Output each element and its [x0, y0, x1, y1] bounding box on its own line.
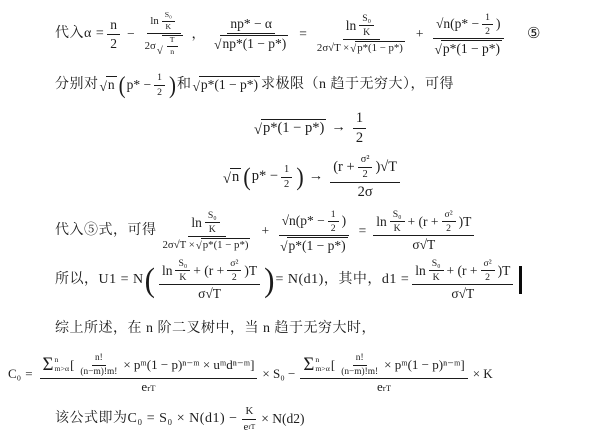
denominator: erT: [374, 379, 394, 395]
pstar-minus: p* −: [127, 77, 152, 93]
fraction-lnS0K-over-2sigma: ln S₀ K 2σ √ T n: [142, 11, 187, 57]
denominator: K: [176, 271, 189, 283]
close-T: )T: [459, 214, 472, 230]
equals-operator: =: [25, 366, 32, 382]
fraction-S0-over-K: S₀ K: [359, 13, 374, 38]
big-left-paren: (: [145, 265, 155, 294]
formula-line-C0-binomial: C₀ = Σ n m>α [ n! (n−m)!m! × pᵐ(1 − p)ⁿ⁻…: [8, 346, 495, 402]
sqrt-T-over-n: √ T n: [157, 35, 183, 57]
two-sigma-rootT: 2σ√T ×: [317, 42, 349, 54]
formula-line-black-scholes: 该公式即为C₀ = S₀ × N(d1) − K erT × N(d2): [55, 402, 304, 436]
numerator: ln S₀ K + (r + σ² 2 )T: [159, 258, 260, 285]
open-bracket: [: [70, 358, 74, 373]
times-K: × K: [473, 366, 493, 382]
numerator: K: [242, 405, 256, 419]
numerator: Σ n m>α [ n! (n−m)!m! × pᵐ(1 − p)ⁿ⁻ᵐ × u…: [40, 353, 258, 380]
sigma-symbol: Σ: [43, 356, 54, 375]
numerator: σ²: [442, 209, 456, 222]
sqrtn-open: √n(p* −: [282, 213, 325, 229]
big-right-paren: ): [296, 165, 303, 188]
numerator: S₀: [205, 210, 220, 223]
numerator: σ²: [358, 154, 373, 168]
denominator: (n−m)!m!: [77, 366, 120, 378]
fraction-d1-expression: ln S₀ K + (r + σ² 2 )T σ√T: [159, 258, 260, 302]
fraction-S0-over-K: S₀ K: [162, 11, 175, 32]
equation-number-5: ⑤: [527, 25, 540, 43]
fraction-r-sigma-rootT: (r + σ² 2 )√T 2σ: [330, 154, 400, 201]
sqrt-pstar-expr: √ p*(1 − p*): [196, 238, 251, 251]
times-S0-minus: × S₀ −: [262, 366, 295, 382]
ln-symbol: ln: [191, 215, 202, 231]
r-plus-open: (r +: [333, 159, 354, 176]
fraction-one-half: 1 2: [353, 110, 366, 146]
formula-line-limit-2: √ n ( p* − 1 2 ) → (r + σ² 2 )√T 2σ: [222, 152, 403, 202]
fraction-sigma2-over-2: σ² 2: [442, 209, 456, 234]
line2-pre-text: 分别对: [55, 77, 99, 94]
pstar-minus: p* −: [252, 168, 278, 185]
denominator: n: [167, 47, 177, 57]
big-right-paren: ): [264, 265, 274, 294]
denominator: 2: [443, 222, 454, 234]
denominator: 2: [154, 86, 165, 98]
denominator: 2: [482, 25, 493, 37]
fraction-lnS0K-over-2sigmaT: ln S₀ K 2σ√T × √ p*(1 − p*): [314, 13, 409, 55]
numerator: 1: [328, 209, 339, 222]
fraction-binomial-coefficient: n! (n−m)!m!: [77, 353, 120, 378]
fraction-np-minus-alpha: np* − α √ np*(1 − p*): [210, 16, 292, 51]
summation-operator: Σ n m>α: [43, 356, 70, 375]
probability-ud-tail: × pᵐ(1 − p)ⁿ⁻ᵐ × uᵐdⁿ⁻ᵐ]: [123, 358, 254, 373]
numerator: (r + σ² 2 )√T: [330, 154, 400, 183]
radicand: n: [106, 76, 117, 93]
fraction-T-over-n: T n: [167, 36, 178, 57]
fraction-sqrtn-term: √n(p* − 1 2 ) √ p*(1 − p*): [276, 209, 352, 254]
close-rootT: )√T: [375, 159, 397, 176]
big-left-paren: (: [243, 165, 250, 188]
sqrt-n: √ n: [223, 168, 241, 186]
numerator: 1: [353, 110, 366, 129]
radicand: T n: [162, 35, 183, 57]
line2-post-text: 求极限（n 趋于无穷大），可得: [261, 77, 454, 94]
fraction-K-over-erT: K erT: [241, 405, 259, 433]
line7-text: 综上所述，在 n 阶二叉树中，当 n 趋于无穷大时，: [55, 321, 376, 338]
numerator: Σ n m>α [ n! (n−m)!m! × pᵐ(1 − p)ⁿ⁻ᵐ]: [300, 353, 467, 380]
denominator: (n−m)!m!: [338, 366, 381, 378]
denominator: K: [162, 22, 174, 32]
numerator: ln S₀ K + (r + σ² 2 )T: [412, 258, 513, 285]
denominator: 2: [359, 168, 370, 181]
sqrt-pstar-expr: √ p*(1 − p*): [280, 237, 348, 254]
close-paren: ): [496, 16, 501, 32]
equals-operator: =: [359, 223, 367, 239]
sqrt-n: √ n: [100, 76, 117, 93]
denominator: 2: [229, 271, 240, 283]
formula-line-substitute-eq5: 代入⑤式，可得 ln S₀ K 2σ√T × √ p*(1 − p*) + √n…: [55, 206, 477, 256]
line6-lead-text: 所以，U1 = N: [55, 272, 144, 289]
line1-lead-text: 代入α =: [55, 26, 104, 43]
denominator: √ np*(1 − p*): [210, 34, 292, 52]
numerator: σ²: [481, 258, 495, 271]
numerator: ln S₀ K: [188, 210, 225, 237]
fraction-d1-expression: ln S₀ K + (r + σ² 2 )T σ√T: [412, 258, 513, 302]
numerator: n!: [353, 353, 367, 366]
numerator: ln S₀ K: [147, 11, 180, 34]
numerator: √n(p* − 1 2 ): [433, 12, 504, 39]
fraction-sigma2-over-2: σ² 2: [227, 258, 241, 283]
line9-lead-text: 该公式即为C₀ = S₀ × N(d1) −: [55, 411, 238, 428]
denominator: 2σ: [355, 183, 376, 201]
fraction-one-half: 1 2: [328, 209, 339, 234]
radicand: p*(1 − p*): [355, 41, 405, 54]
sqrtn-open: √n(p* −: [436, 16, 479, 32]
denominator: K: [430, 271, 443, 283]
close-T: )T: [244, 263, 257, 279]
radicand: p*(1 − p*): [199, 76, 260, 93]
ln-symbol: ln: [415, 263, 426, 279]
numerator: T: [167, 36, 178, 47]
fraction-one-half: 1 2: [482, 12, 493, 37]
radicand: p*(1 − p*): [441, 40, 502, 57]
fraction-sigma2-over-2: σ² 2: [358, 154, 373, 181]
plus-r-open: + (r +: [447, 263, 478, 279]
numerator: σ²: [227, 258, 241, 271]
equals-operator: =: [299, 26, 307, 42]
summation-lower: m>α: [55, 365, 70, 374]
denominator: 2: [482, 271, 493, 283]
fraction-n-over-2: n 2: [107, 17, 120, 51]
denominator: 2: [281, 178, 292, 191]
fraction-sigma2-over-2: σ² 2: [481, 258, 495, 283]
numerator: 1: [482, 12, 493, 25]
C0-symbol: C₀: [8, 366, 21, 382]
fraction-one-half: 1 2: [154, 72, 165, 97]
line5-lead-text: 代入⑤式，可得: [55, 223, 157, 240]
numerator: S₀: [390, 209, 405, 222]
sigma-symbol: Σ: [303, 356, 314, 375]
radicand: p*(1 − p*): [201, 238, 251, 251]
sqrt-pstar-expr: √ p*(1 − p*): [350, 41, 405, 54]
e-symbol: e: [377, 380, 383, 395]
numerator: S₀: [359, 13, 374, 26]
numerator: n: [107, 17, 120, 35]
fraction-one-half: 1 2: [281, 164, 292, 191]
document-page: { "shared": { "radical": "√", "n": "n", …: [0, 0, 590, 440]
denominator: 2σ√T × √ p*(1 − p*): [160, 237, 255, 251]
open-bracket: [: [331, 358, 335, 373]
plus-operator: +: [261, 223, 269, 239]
line2-and-text: 和: [177, 77, 192, 94]
ln-symbol: ln: [150, 15, 158, 27]
fraction-d1-expression: ln S₀ K + (r + σ² 2 )T σ√T: [373, 209, 474, 253]
denominator: erT: [138, 379, 158, 395]
close-T: )T: [498, 263, 511, 279]
denominator: 2σ√T × √ p*(1 − p*): [314, 40, 409, 54]
denominator: K: [206, 223, 219, 235]
numerator: S₀: [429, 258, 444, 271]
two-sigma: 2σ: [145, 40, 156, 52]
summation-limits: n m>α: [315, 356, 330, 373]
ln-symbol: ln: [376, 214, 387, 230]
big-right-paren: ): [169, 74, 176, 96]
summation-operator: Σ n m>α: [303, 356, 330, 375]
summation-lower: m>α: [315, 365, 330, 374]
denominator: σ√T: [195, 285, 224, 302]
big-left-paren: (: [119, 74, 126, 96]
formula-line-limit-1: √ p*(1 − p*) → 1 2: [253, 108, 369, 148]
fraction-binomial-coefficient: n! (n−m)!m!: [338, 353, 381, 378]
document-canvas[interactable]: 代入α = n 2 − ln S₀ K 2σ √ T: [0, 0, 590, 440]
denominator: 2: [353, 129, 366, 147]
fraction-S0-over-K: S₀ K: [429, 258, 444, 283]
radicand: p*(1 − p*): [287, 237, 348, 254]
numerator: np* − α: [227, 16, 275, 34]
denominator: 2: [328, 222, 339, 234]
numerator: ln S₀ K: [343, 13, 380, 40]
numerator: ln S₀ K + (r + σ² 2 )T: [373, 209, 474, 236]
comma: ，: [192, 26, 206, 42]
formula-line-substitute-alpha: 代入α = n 2 − ln S₀ K 2σ √ T: [55, 8, 540, 60]
two-sigma-rootT: 2σ√T ×: [163, 239, 195, 251]
sqrt-pstar-expr: √ p*(1 − p*): [435, 40, 503, 57]
line6-mid-text: = N(d1)，其中，d1 =: [276, 272, 410, 289]
denominator: √ p*(1 − p*): [276, 236, 352, 254]
denominator: K: [391, 222, 404, 234]
plus-r-open: + (r +: [408, 214, 439, 230]
plus-operator: +: [416, 26, 424, 42]
fraction-stock-term: Σ n m>α [ n! (n−m)!m! × pᵐ(1 − p)ⁿ⁻ᵐ × u…: [40, 353, 258, 395]
text-cursor: [519, 266, 522, 294]
sqrt-pstar-expr: √ p*(1 − p*): [192, 76, 260, 93]
denominator: K: [360, 26, 373, 38]
text-line-summary: 综上所述，在 n 阶二叉树中，当 n 趋于无穷大时，: [55, 316, 376, 342]
fraction-lnS0K-over-2sigmaT: ln S₀ K 2σ√T × √ p*(1 − p*): [160, 210, 255, 252]
numerator: 1: [281, 164, 292, 178]
summation-limits: n m>α: [55, 356, 70, 373]
denominator: σ√T: [448, 285, 477, 302]
sqrt-np-expr: √ np*(1 − p*): [214, 35, 288, 52]
minus-operator: −: [127, 26, 135, 42]
times-Nd2: × N(d2): [261, 411, 304, 427]
arrow-operator: →: [309, 168, 324, 185]
text-line-take-limits: 分别对 √ n ( p* − 1 2 ) 和 √ p*(1 − p*) 求极限（…: [55, 66, 454, 104]
numerator: √n(p* − 1 2 ): [279, 209, 350, 236]
numerator: S₀: [175, 258, 190, 271]
fraction-strike-term: Σ n m>α [ n! (n−m)!m! × pᵐ(1 − p)ⁿ⁻ᵐ] er…: [300, 353, 467, 395]
sqrt-pstar-expr: √ p*(1 − p*): [254, 119, 326, 137]
fraction-S0-over-K: S₀ K: [175, 258, 190, 283]
fraction-S0-over-K: S₀ K: [205, 210, 220, 235]
denominator: σ√T: [409, 236, 438, 253]
numerator: S₀: [162, 11, 175, 22]
plus-r-open: + (r +: [193, 263, 224, 279]
radicand: np*(1 − p*): [220, 35, 288, 52]
ln-symbol: ln: [162, 263, 173, 279]
numerator: n!: [92, 353, 106, 366]
formula-line-U1-d1: 所以，U1 = N ( ln S₀ K + (r + σ² 2 )T σ√T )…: [55, 256, 522, 304]
radicand: n: [230, 168, 241, 186]
radicand: p*(1 − p*): [261, 119, 326, 137]
arrow-operator: →: [331, 119, 346, 136]
numerator: 1: [154, 72, 165, 85]
fraction-S0-over-K: S₀ K: [390, 209, 405, 234]
denominator: √ p*(1 − p*): [431, 39, 507, 57]
ln-symbol: ln: [346, 18, 357, 34]
denominator: 2: [107, 35, 120, 52]
close-paren: ): [342, 213, 347, 229]
probability-tail: × pᵐ(1 − p)ⁿ⁻ᵐ]: [384, 358, 465, 373]
denominator: 2σ √ T n: [142, 34, 187, 57]
fraction-sqrtn-term: √n(p* − 1 2 ) √ p*(1 − p*): [431, 12, 507, 57]
denominator: erT: [241, 420, 259, 433]
